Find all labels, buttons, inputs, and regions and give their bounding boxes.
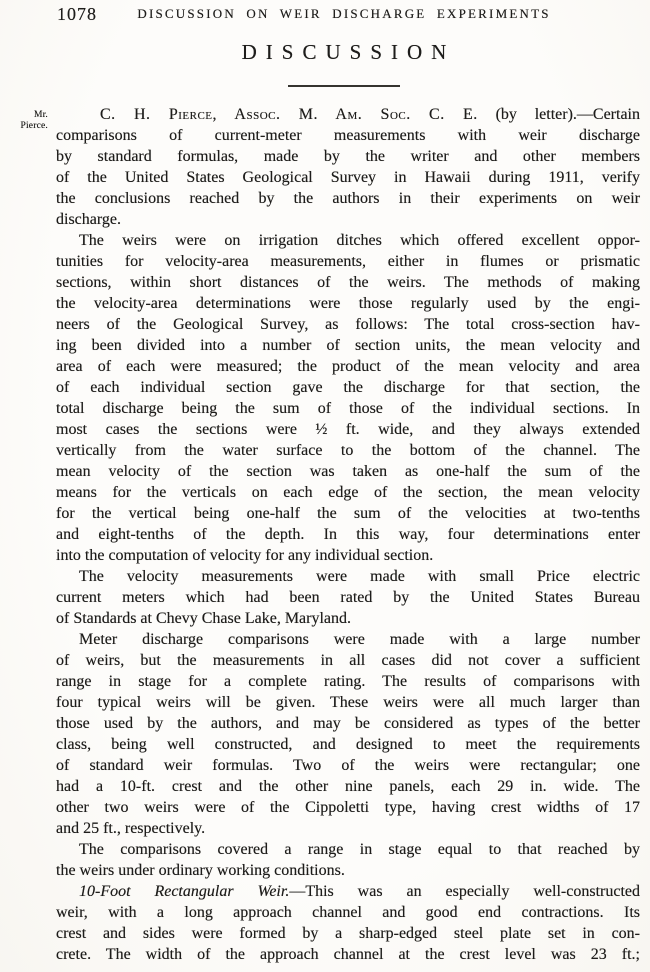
text-line: crete. The width of the approach channel… xyxy=(56,944,640,965)
text-line: comparisons of current-meter measurement… xyxy=(56,125,640,146)
text-line: crest and sides were formed by a sharp-e… xyxy=(56,923,640,944)
text-line: range in stage for a complete rating. Th… xyxy=(56,671,640,692)
heading-rule xyxy=(288,85,400,87)
margin-note: Mr. Pierce. xyxy=(10,110,48,132)
text-line: total discharge being the sum of those o… xyxy=(56,398,640,419)
running-title: DISCUSSION ON WEIR DISCHARGE EXPERIMENTS xyxy=(57,6,631,22)
text-line: and eight-tenths of the depth. In this w… xyxy=(56,524,640,545)
text-line: The weirs were on irrigation ditches whi… xyxy=(56,230,640,251)
text-line: discharge. xyxy=(56,209,640,230)
text-line: mean velocity of the section was taken a… xyxy=(56,461,640,482)
text-line: Meter discharge comparisons were made wi… xyxy=(56,629,640,650)
text-line: tunities for velocity-area measurements,… xyxy=(56,251,640,272)
text-line: for the vertical being one-half the sum … xyxy=(56,503,640,524)
paragraph: The comparisons covered a range in stage… xyxy=(56,839,640,881)
paragraph: Meter discharge comparisons were made wi… xyxy=(56,629,640,839)
text-line: The velocity measurements were made with… xyxy=(56,566,640,587)
body-column: C. H. Pierce, Assoc. M. Am. Soc. C. E. (… xyxy=(56,104,640,965)
text-line: ing been divided into a number of sectio… xyxy=(56,335,640,356)
text-line: had a 10-ft. crest and the other nine pa… xyxy=(56,776,640,797)
text-line: of standard weir formulas. Two of the we… xyxy=(56,755,640,776)
text-line: into the computation of velocity for any… xyxy=(56,545,640,566)
author-name: C. H. Pierce, Assoc. M. Am. Soc. C. E. xyxy=(100,106,478,123)
page-header: 1078 DISCUSSION ON WEIR DISCHARGE EXPERI… xyxy=(0,0,650,30)
text-line: weir, with a long approach channel and g… xyxy=(56,902,640,923)
text-line: the conclusions reached by the authors i… xyxy=(56,188,640,209)
text-line: four typical weirs will be given. These … xyxy=(56,692,640,713)
text-line: of weirs, but the measurements in all ca… xyxy=(56,650,640,671)
text-line: those used by the authors, and may be co… xyxy=(56,713,640,734)
text-line: other two weirs were of the Cippoletti t… xyxy=(56,797,640,818)
paragraph: 10-Foot Rectangular Weir.—This was an es… xyxy=(56,881,640,965)
margin-note-line: Pierce. xyxy=(10,121,48,132)
text-line: 10-Foot Rectangular Weir.—This was an es… xyxy=(56,881,640,902)
section-heading: DISCUSSION xyxy=(57,40,631,65)
scanned-page: 1078 DISCUSSION ON WEIR DISCHARGE EXPERI… xyxy=(0,0,650,972)
text-line: of Standards at Chevy Chase Lake, Maryla… xyxy=(56,608,640,629)
text-line: the velocity-area determinations were th… xyxy=(56,293,640,314)
text-line: The comparisons covered a range in stage… xyxy=(56,839,640,860)
paragraph: C. H. Pierce, Assoc. M. Am. Soc. C. E. (… xyxy=(56,104,640,230)
margin-note-line: Mr. xyxy=(10,110,48,121)
text-line: of the United States Geological Survey i… xyxy=(56,167,640,188)
text-line: current meters which had been rated by t… xyxy=(56,587,640,608)
text-line: vertically from the water surface to the… xyxy=(56,440,640,461)
text-line: C. H. Pierce, Assoc. M. Am. Soc. C. E. (… xyxy=(56,104,640,125)
text-line: class, being well constructed, and desig… xyxy=(56,734,640,755)
text-line: by standard formulas, made by the writer… xyxy=(56,146,640,167)
text-line: neers of the Geological Survey, as follo… xyxy=(56,314,640,335)
text-line: and 25 ft., respectively. xyxy=(56,818,640,839)
text-line: area of each were measured; the product … xyxy=(56,356,640,377)
text-line: of each individual section gave the disc… xyxy=(56,377,640,398)
subheading-lead: 10-Foot Rectangular Weir. xyxy=(79,883,289,900)
paragraph: The velocity measurements were made with… xyxy=(56,566,640,629)
text-line: most cases the sections were ½ ft. wide,… xyxy=(56,419,640,440)
text-line: means for the verticals on each edge of … xyxy=(56,482,640,503)
paragraph: The weirs were on irrigation ditches whi… xyxy=(56,230,640,566)
section-heading-block: DISCUSSION xyxy=(57,40,631,87)
text-line: sections, within short distances of the … xyxy=(56,272,640,293)
text-line: the weirs under ordinary working conditi… xyxy=(56,860,640,881)
